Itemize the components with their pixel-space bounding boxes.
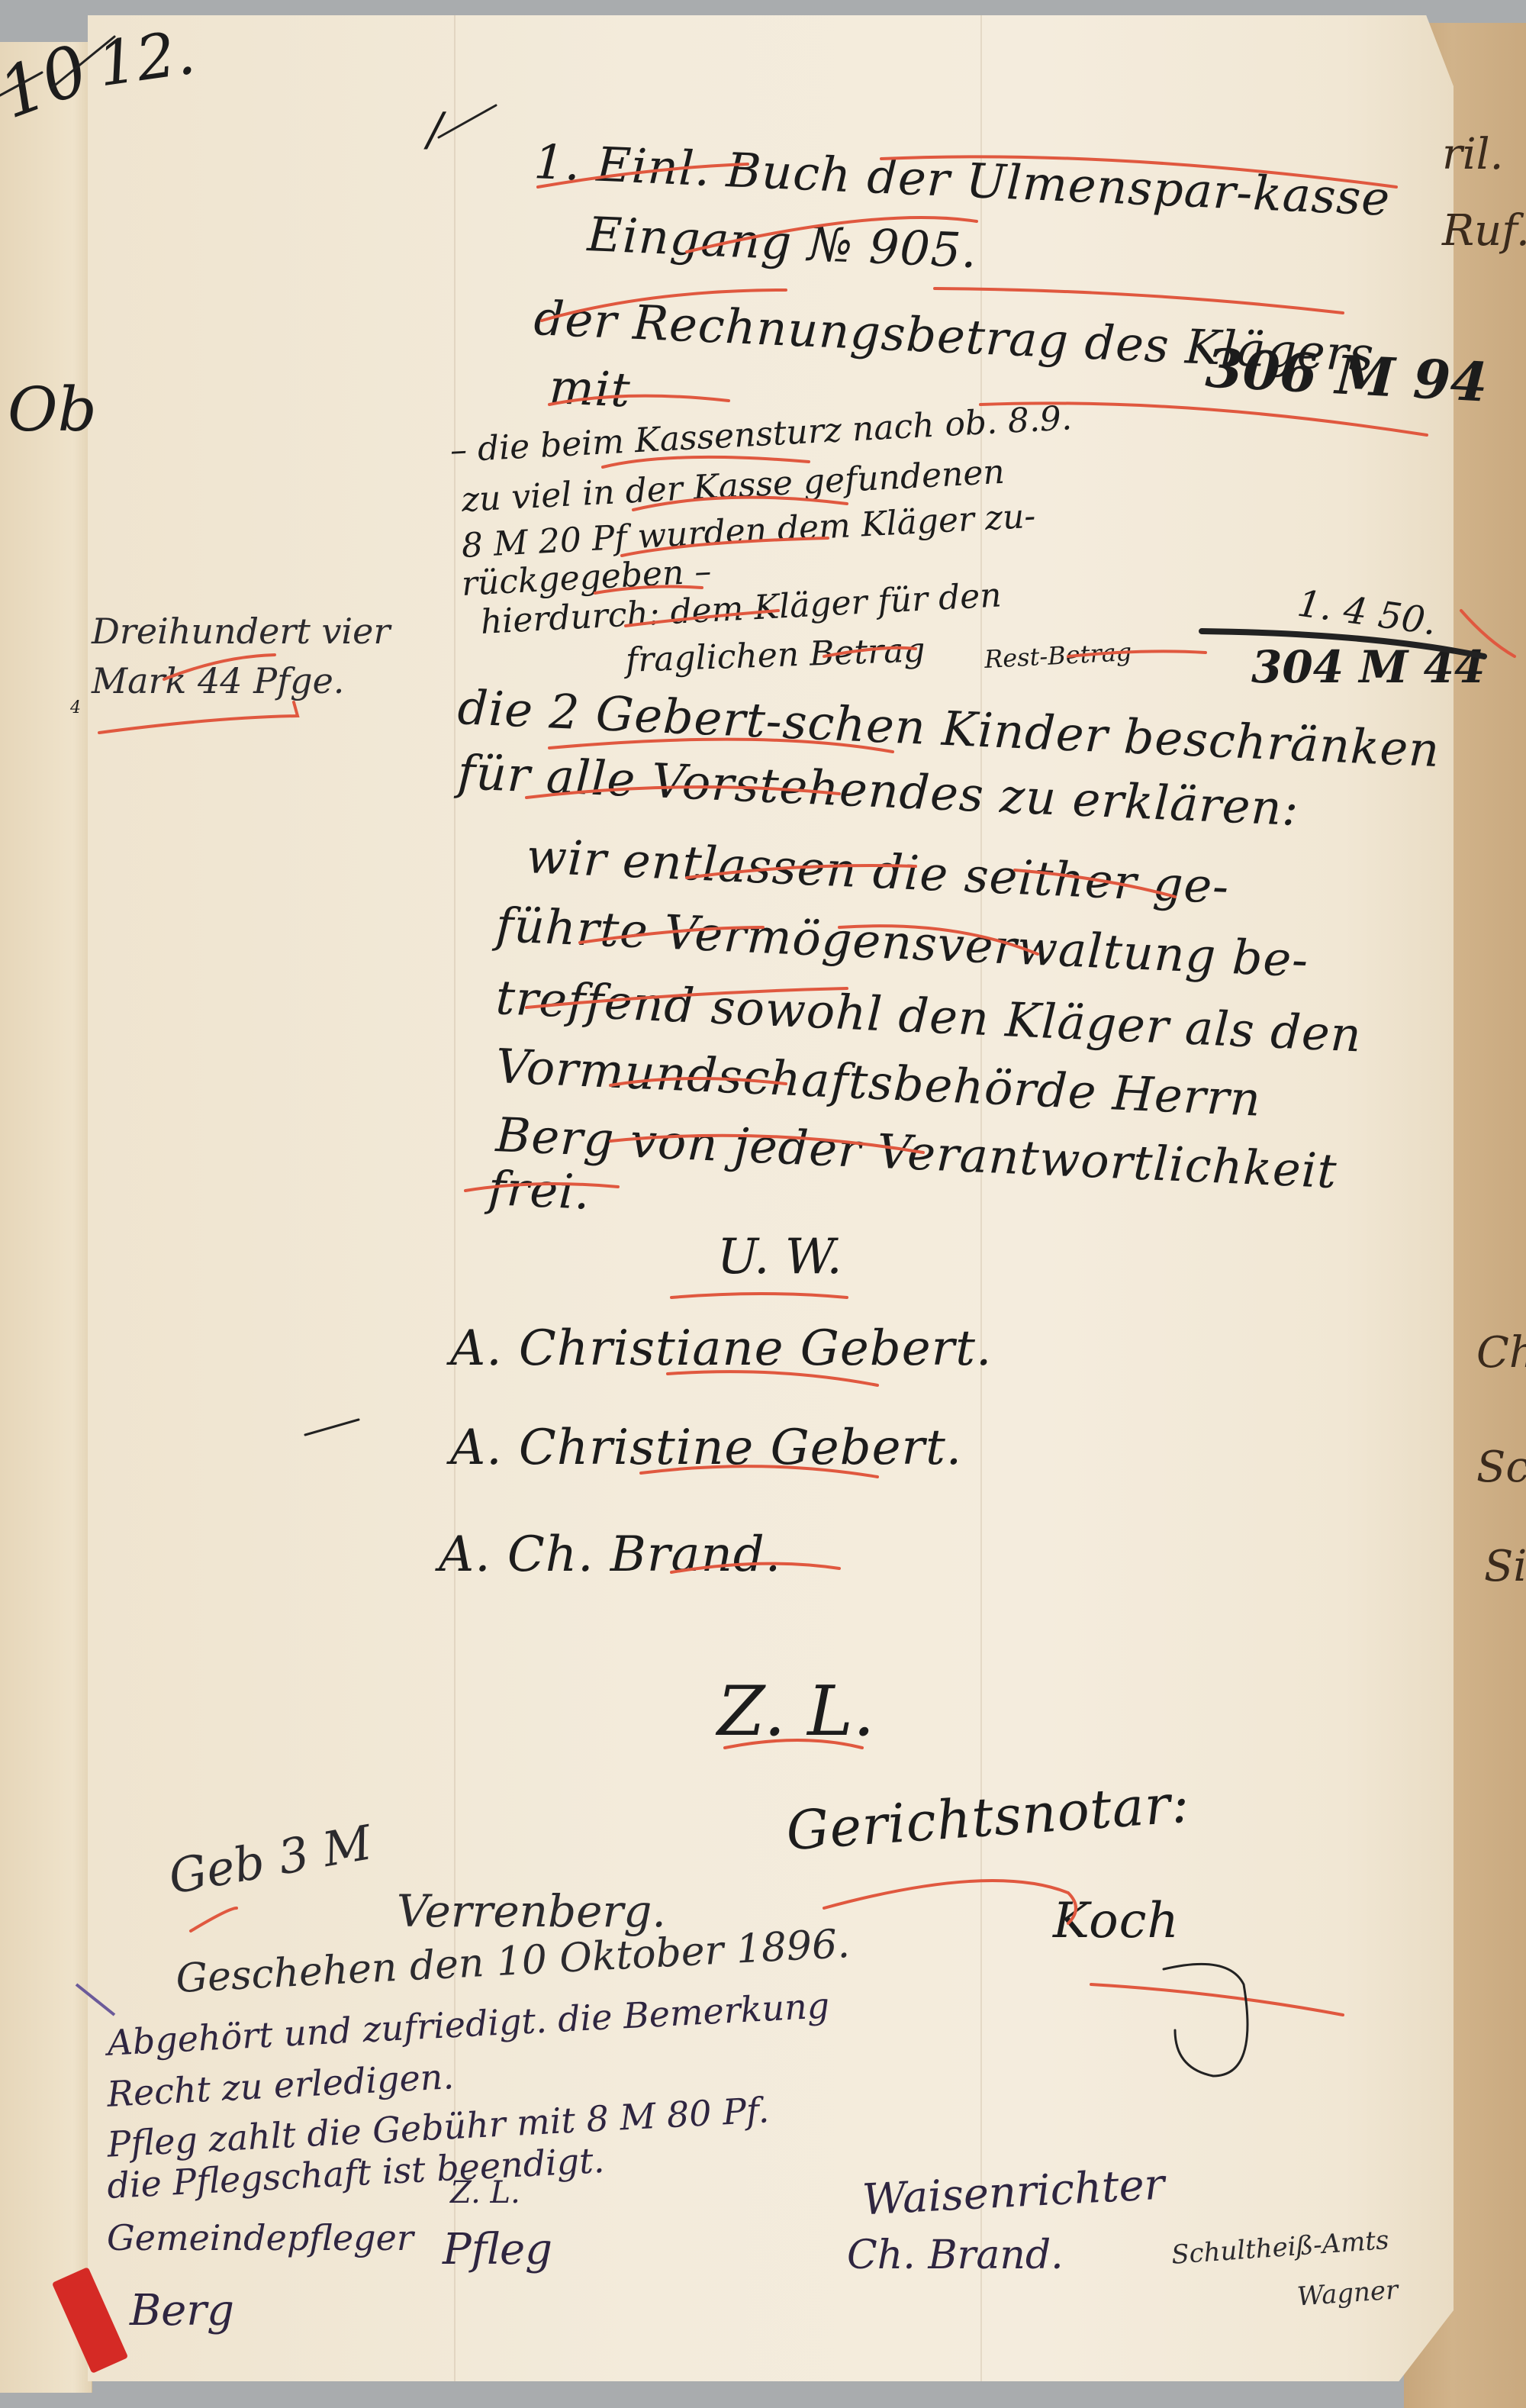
- signature-zl-mark: Z. L.: [450, 2175, 520, 2210]
- signature-2: A. Christine Gebert.: [450, 1420, 962, 1476]
- right-page-fragment-1: ril.: [1442, 130, 1503, 179]
- calculation-result: 304 M 44: [1251, 641, 1485, 693]
- certification-mark: Z. L.: [717, 1671, 875, 1752]
- closing-mark: U. W.: [717, 1229, 842, 1285]
- right-page-fragment-2: Ruf.: [1442, 206, 1526, 256]
- place-name: Verrenberg.: [397, 1885, 666, 1937]
- left-margin-mark: 4: [70, 698, 81, 717]
- margin-amount-line-2: Mark 44 Pfge.: [92, 660, 344, 701]
- signature-3: A. Ch. Brand.: [439, 1526, 781, 1583]
- signature-berg: Berg: [130, 2286, 234, 2335]
- right-page-fragment-4: Sch: [1476, 1443, 1526, 1492]
- notary-name: Koch: [1053, 1893, 1180, 1949]
- right-page-fragment-3: Ch: [1476, 1328, 1526, 1378]
- left-margin-fragment: Ob: [8, 374, 97, 445]
- continuation-line-8: frei.: [487, 1160, 591, 1220]
- margin-amount-line-1: Dreihundert vier: [92, 611, 390, 652]
- signature-1: A. Christiane Gebert.: [450, 1320, 992, 1377]
- signature-ch-brand: Ch. Brand.: [847, 2232, 1064, 2278]
- corner-mark: /: [427, 103, 443, 156]
- right-page-fragment-5: Si: [1484, 1542, 1526, 1591]
- signature-gemeindepfleger: Gemeindepfleger: [107, 2217, 414, 2258]
- fold-line: [980, 15, 982, 2381]
- signature-pfleg: Pfleg: [443, 2225, 552, 2274]
- body-line-4: mit: [548, 359, 632, 418]
- folio-number: 12.: [93, 17, 199, 101]
